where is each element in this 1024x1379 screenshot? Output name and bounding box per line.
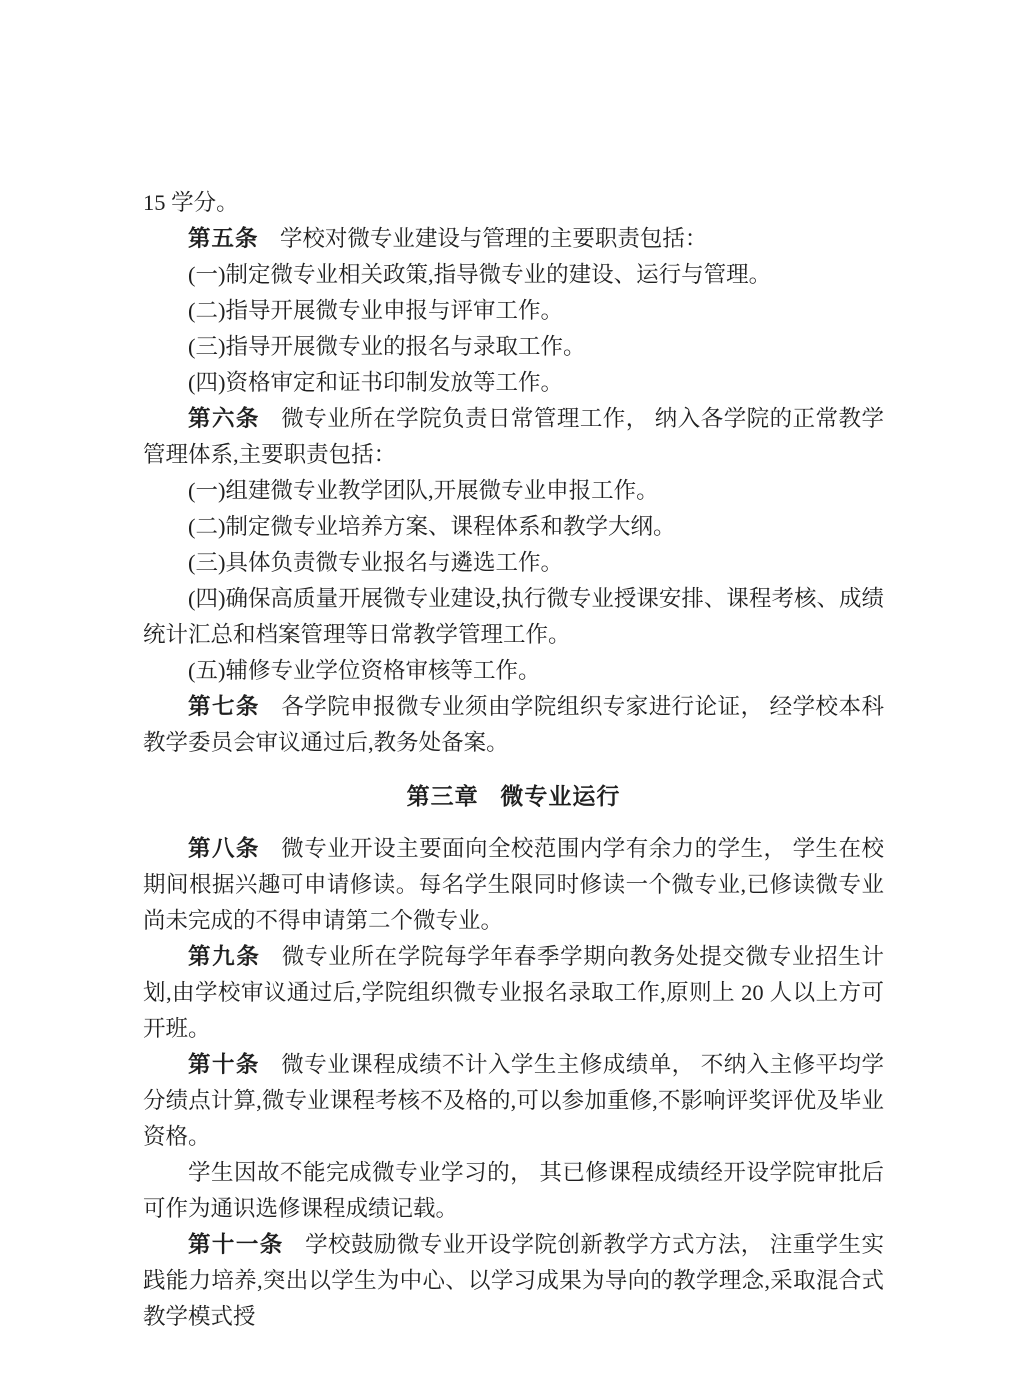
- paragraph-text: (三)具体负责微专业报名与遴选工作。: [188, 550, 563, 575]
- paragraph-text: (一)制定微专业相关政策,指导微专业的建设、运行与管理。: [188, 262, 771, 287]
- article-paragraph: 第七条各学院申报微专业须由学院组织专家进行论证， 经学校本科教学委员会审议通过后…: [143, 689, 884, 761]
- article-label: 第九条: [188, 944, 261, 969]
- article-paragraph: 第九条微专业所在学院每学年春季学期向教务处提交微专业招生计划,由学校审议通过后,…: [143, 939, 884, 1047]
- paragraph-text: 学校对微专业建设与管理的主要职责包括：: [280, 226, 708, 251]
- article-label: 第八条: [188, 836, 260, 861]
- chapter-title: 微专业运行: [500, 783, 620, 809]
- continuation-paragraph: 15 学分。: [143, 185, 884, 221]
- list-item-paragraph: (四)确保高质量开展微专业建设,执行微专业授课安排、课程考核、成绩统计汇总和档案…: [143, 581, 884, 653]
- paragraph-text: (二)制定微专业培养方案、课程体系和教学大纲。: [188, 514, 676, 539]
- paragraph-text: (三)指导开展微专业的报名与录取工作。: [188, 334, 586, 359]
- article-paragraph: 第八条微专业开设主要面向全校范围内学有余力的学生， 学生在校期间根据兴趣可申请修…: [143, 831, 884, 939]
- article-paragraph: 第六条微专业所在学院负责日常管理工作， 纳入各学院的正常教学管理体系,主要职责包…: [143, 401, 884, 473]
- paragraph-text: 15 学分。: [143, 190, 239, 215]
- article-label: 第五条: [188, 226, 259, 251]
- article-label: 第七条: [188, 694, 260, 719]
- article-paragraph: 第五条学校对微专业建设与管理的主要职责包括：: [143, 221, 884, 257]
- article-paragraph: 第十条微专业课程成绩不计入学生主修成绩单， 不纳入主修平均学分绩点计算,微专业课…: [143, 1047, 884, 1155]
- article-label: 第十条: [188, 1052, 260, 1077]
- paragraph-text: (五)辅修专业学位资格审核等工作。: [188, 658, 541, 683]
- list-item-paragraph: (一)组建微专业教学团队,开展微专业申报工作。: [143, 473, 884, 509]
- article-paragraph: 第十一条学校鼓励微专业开设学院创新教学方式方法， 注重学生实践能力培养,突出以学…: [143, 1227, 884, 1335]
- paragraph-text: (一)组建微专业教学团队,开展微专业申报工作。: [188, 478, 659, 503]
- list-item-paragraph: (二)制定微专业培养方案、课程体系和教学大纲。: [143, 509, 884, 545]
- list-item-paragraph: (二)指导开展微专业申报与评审工作。: [143, 293, 884, 329]
- article-label: 第六条: [188, 406, 260, 431]
- article-label: 第十一条: [188, 1232, 284, 1257]
- paragraph-text: 学生因故不能完成微专业学习的， 其已修课程成绩经开设学院审批后可作为通识选修课程…: [143, 1160, 884, 1221]
- chapter-heading: 第三章微专业运行: [143, 778, 884, 814]
- list-item-paragraph: (四)资格审定和证书印制发放等工作。: [143, 365, 884, 401]
- list-item-paragraph: (五)辅修专业学位资格审核等工作。: [143, 653, 884, 689]
- chapter-label: 第三章: [407, 783, 479, 809]
- paragraph-text: (二)指导开展微专业申报与评审工作。: [188, 298, 563, 323]
- document-body: 15 学分。第五条学校对微专业建设与管理的主要职责包括：(一)制定微专业相关政策…: [143, 185, 884, 1335]
- body-paragraph: 学生因故不能完成微专业学习的， 其已修课程成绩经开设学院审批后可作为通识选修课程…: [143, 1155, 884, 1227]
- paragraph-text: (四)确保高质量开展微专业建设,执行微专业授课安排、课程考核、成绩统计汇总和档案…: [143, 586, 884, 647]
- list-item-paragraph: (三)具体负责微专业报名与遴选工作。: [143, 545, 884, 581]
- document-page: 15 学分。第五条学校对微专业建设与管理的主要职责包括：(一)制定微专业相关政策…: [0, 0, 1024, 1379]
- list-item-paragraph: (一)制定微专业相关政策,指导微专业的建设、运行与管理。: [143, 257, 884, 293]
- list-item-paragraph: (三)指导开展微专业的报名与录取工作。: [143, 329, 884, 365]
- paragraph-text: (四)资格审定和证书印制发放等工作。: [188, 370, 563, 395]
